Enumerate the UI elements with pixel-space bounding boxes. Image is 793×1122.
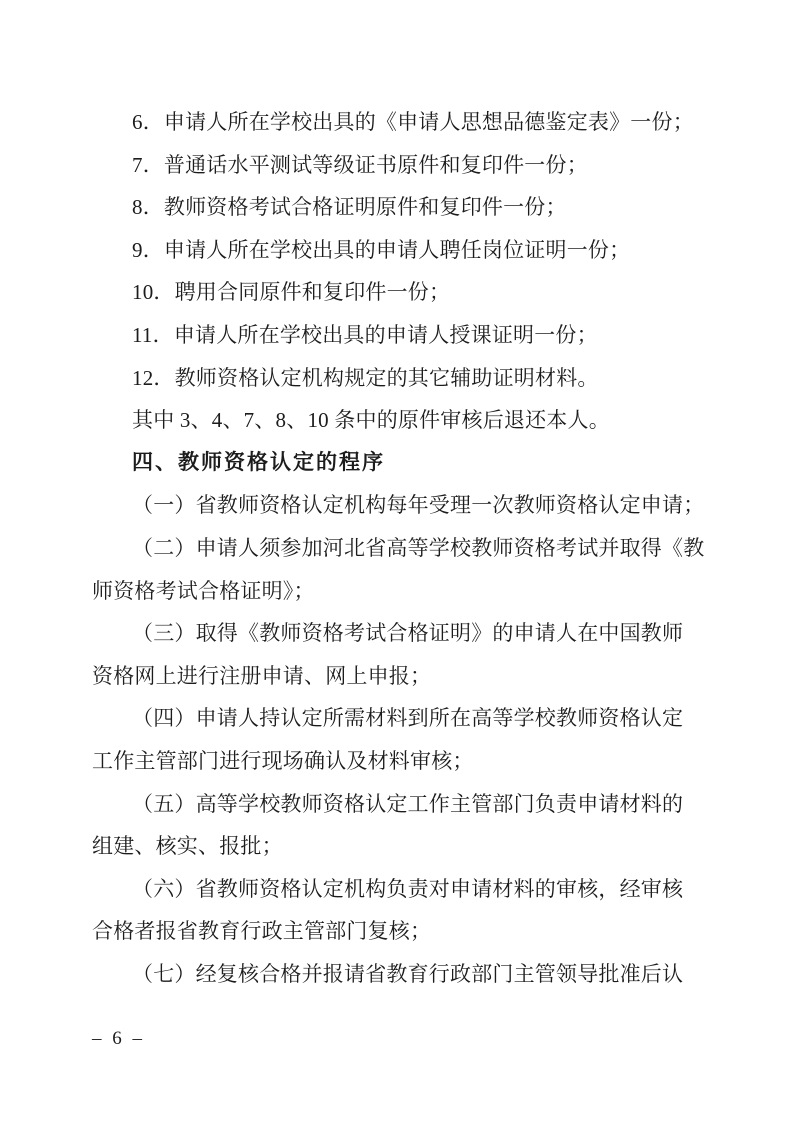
body-text-line: （四）申请人持认定所需材料到所在高等学校教师资格认定 xyxy=(92,697,706,740)
body-text-line: 11．申请人所在学校出具的申请人授课证明一份； xyxy=(92,314,706,357)
body-text-line: （六）省教师资格认定机构负责对申请材料的审核，经审核 xyxy=(92,868,706,911)
body-text-line: 12．教师资格认定机构规定的其它辅助证明材料。 xyxy=(92,357,706,400)
body-text-line: 组建、核实、报批； xyxy=(92,825,706,868)
body-text-line: （一）省教师资格认定机构每年受理一次教师资格认定申请； xyxy=(92,484,706,527)
body-text-line: （七）经复核合格并报请省教育行政部门主管领导批准后认 xyxy=(92,953,706,996)
body-text-line: （五）高等学校教师资格认定工作主管部门负责申请材料的 xyxy=(92,783,706,826)
body-text-line: （三）取得《教师资格考试合格证明》的申请人在中国教师 xyxy=(92,612,706,655)
body-text-line: 其中 3、4、7、8、10 条中的原件审核后退还本人。 xyxy=(92,399,706,442)
body-text-line: （二）申请人须参加河北省高等学校教师资格考试并取得《教 xyxy=(92,527,706,570)
body-text-line: 工作主管部门进行现场确认及材料审核； xyxy=(92,740,706,783)
body-text-line: 资格网上进行注册申请、网上申报； xyxy=(92,655,706,698)
document-body: 6．申请人所在学校出具的《申请人思想品德鉴定表》一份；7．普通话水平测试等级证书… xyxy=(92,101,706,995)
body-text-line: 7．普通话水平测试等级证书原件和复印件一份； xyxy=(92,144,706,187)
body-text-line: 师资格考试合格证明》； xyxy=(92,570,706,613)
body-text-line: 8．教师资格考试合格证明原件和复印件一份； xyxy=(92,186,706,229)
body-text-line: 10．聘用合同原件和复印件一份； xyxy=(92,271,706,314)
body-text-line: 9．申请人所在学校出具的申请人聘任岗位证明一份； xyxy=(92,229,706,272)
document-page: 6．申请人所在学校出具的《申请人思想品德鉴定表》一份；7．普通话水平测试等级证书… xyxy=(0,0,793,1122)
section-heading: 四、教师资格认定的程序 xyxy=(92,442,706,485)
body-text-line: 6．申请人所在学校出具的《申请人思想品德鉴定表》一份； xyxy=(92,101,706,144)
page-number: – 6 – xyxy=(92,1028,145,1050)
body-text-line: 合格者报省教育行政主管部门复核； xyxy=(92,910,706,953)
